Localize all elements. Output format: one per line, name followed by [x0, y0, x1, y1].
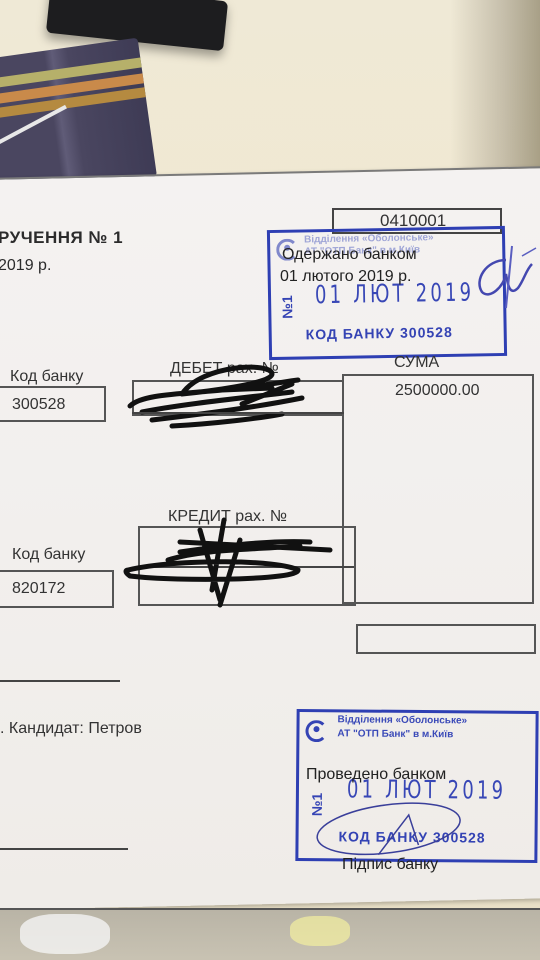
stamp-signature	[308, 794, 489, 866]
stamp-number: №1	[279, 295, 295, 319]
received-date: 01 лютого 2019 р.	[280, 268, 411, 286]
credit-bank-code-label: Код банку	[12, 546, 85, 564]
payment-order-document: РУЧЕННЯ № 1 2019 р. 0410001 Відділення «…	[0, 0, 540, 960]
processed-by-bank-label: Проведено банком	[306, 766, 446, 784]
amount-label: СУМА	[394, 354, 439, 372]
stamp-bank-code: КОД БАНКУ 300528	[306, 324, 453, 343]
signature-line-1	[0, 680, 120, 682]
payment-purpose: . Кандидат: Петров	[0, 720, 142, 738]
bank-signature-label: Підпис банку	[342, 856, 438, 874]
received-by-bank-label: Одержано банком	[282, 246, 417, 264]
debit-bank-code: 300528	[12, 396, 65, 414]
credit-bank-code: 820172	[12, 580, 65, 598]
debit-row-divider	[132, 412, 344, 414]
document-date: 2019 р.	[0, 257, 51, 275]
amount-column-box	[342, 374, 534, 604]
handwritten-signature	[466, 240, 540, 310]
stamp-branch-line: Відділення «Оболонське»	[338, 714, 468, 727]
otp-bank-logo-icon	[305, 720, 327, 742]
redaction-scribble	[122, 354, 312, 434]
debit-bank-code-label: Код банку	[10, 368, 83, 386]
bank-processed-stamp: Відділення «Оболонське» АТ "ОТП Банк" в …	[295, 709, 538, 863]
redaction-scribble	[120, 500, 340, 610]
stamp-bank-line: АТ "ОТП Банк" в м.Київ	[337, 728, 453, 741]
signature-line-2	[0, 848, 128, 850]
document-title: РУЧЕННЯ № 1	[0, 228, 123, 248]
amount-value: 2500000.00	[395, 382, 480, 400]
empty-field-box	[356, 624, 536, 654]
